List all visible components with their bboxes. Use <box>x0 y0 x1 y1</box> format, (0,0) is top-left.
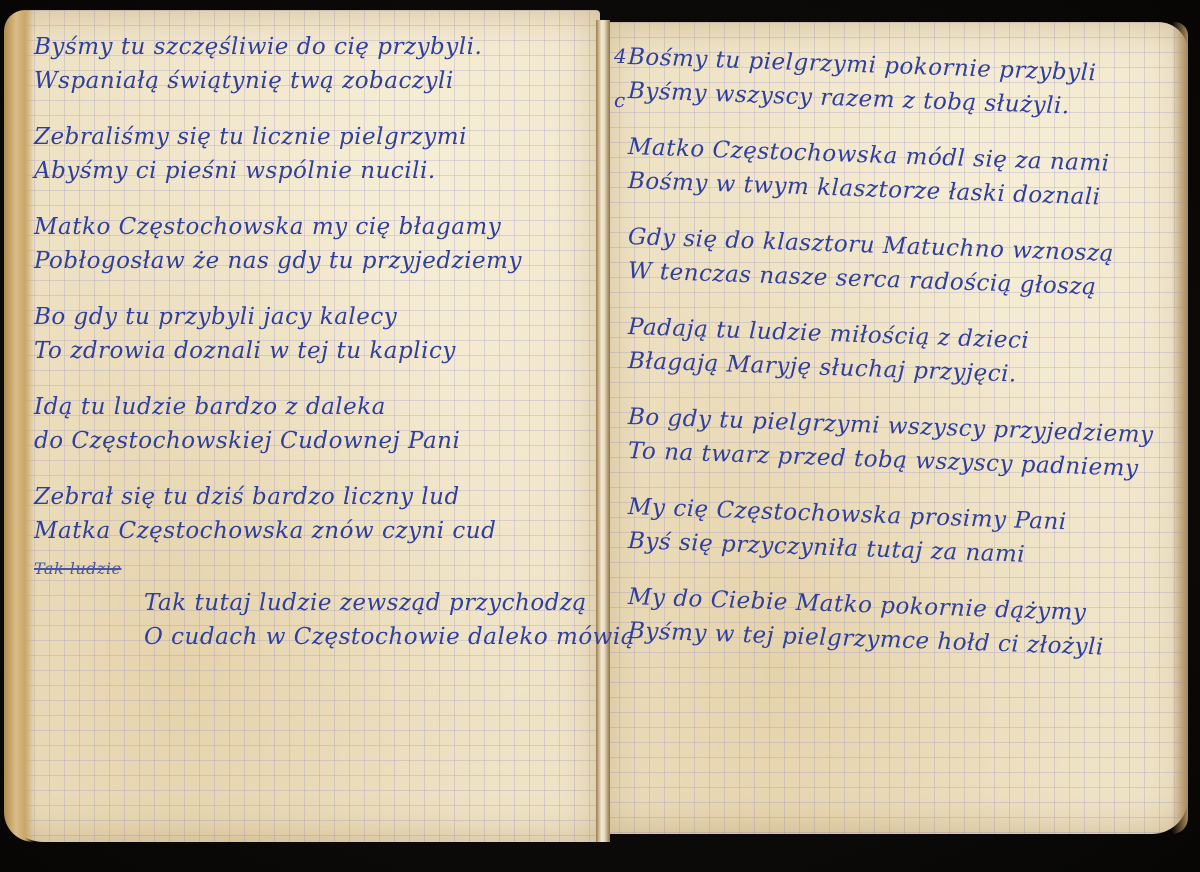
stanza: Gdy się do klasztoru Matuchno wznoszą W … <box>628 220 1188 288</box>
margin-mark: c <box>614 88 625 112</box>
left-page-text: Byśmy tu szczęśliwie do cię przybyli. Ws… <box>34 30 594 676</box>
margin-mark: 4 <box>614 44 627 68</box>
notebook-photo: 4 c Byśmy tu szczęśliwie do cię przybyli… <box>0 0 1200 872</box>
verse-line: O cudach w Częstochowie daleko mówią <box>34 620 594 654</box>
stanza: My do Ciebie Matko pokornie dążymy Byśmy… <box>628 580 1188 648</box>
stanza: Zebraliśmy się tu licznie pielgrzymi Aby… <box>34 120 594 188</box>
stanza: Padają tu ludzie miłością z dzieci Błaga… <box>628 310 1188 378</box>
stanza: Byśmy tu szczęśliwie do cię przybyli. Ws… <box>34 30 594 98</box>
notebook-spine <box>596 20 610 842</box>
stanza: Bośmy tu pielgrzymi pokornie przybyli By… <box>628 40 1188 108</box>
verse-line: do Częstochowskiej Cudownej Pani <box>34 424 594 458</box>
stanza: Bo gdy tu przybyli jacy kalecy To zdrowi… <box>34 300 594 368</box>
stanza: Matko Częstochowska módl się za nami Boś… <box>628 130 1188 198</box>
verse-line: Pobłogosław że nas gdy tu przyjedziemy <box>34 244 594 278</box>
stanza: My cię Częstochowska prosimy Pani Byś si… <box>628 490 1188 558</box>
verse-line: Zebrał się tu dziś bardzo liczny lud <box>34 480 594 514</box>
verse-line: Matko Częstochowska my cię błagamy <box>34 210 594 244</box>
stanza: Tak ludzie Tak tutaj ludzie zewsząd przy… <box>34 552 594 654</box>
stanza: Matko Częstochowska my cię błagamy Pobło… <box>34 210 594 278</box>
verse-line: Wspaniałą świątynię twą zobaczyli <box>34 64 594 98</box>
verse-line: Tak tutaj ludzie zewsząd przychodzą <box>34 586 594 620</box>
verse-line: Abyśmy ci pieśni wspólnie nucili. <box>34 154 594 188</box>
verse-line: Bo gdy tu przybyli jacy kalecy <box>34 300 594 334</box>
verse-line: Byśmy tu szczęśliwie do cię przybyli. <box>34 30 594 64</box>
verse-line: Zebraliśmy się tu licznie pielgrzymi <box>34 120 594 154</box>
stanza: Zebrał się tu dziś bardzo liczny lud Mat… <box>34 480 594 548</box>
verse-line: To zdrowia doznali w tej tu kaplicy <box>34 334 594 368</box>
struck-out-word: Tak ludzie <box>34 552 594 586</box>
verse-line: Matka Częstochowska znów czyni cud <box>34 514 594 548</box>
stanza: Idą tu ludzie bardzo z daleka do Częstoc… <box>34 390 594 458</box>
verse-line: Idą tu ludzie bardzo z daleka <box>34 390 594 424</box>
stanza: Bo gdy tu pielgrzymi wszyscy przyjedziem… <box>628 400 1188 468</box>
right-page-text: Bośmy tu pielgrzymi pokornie przybyli By… <box>628 40 1188 670</box>
